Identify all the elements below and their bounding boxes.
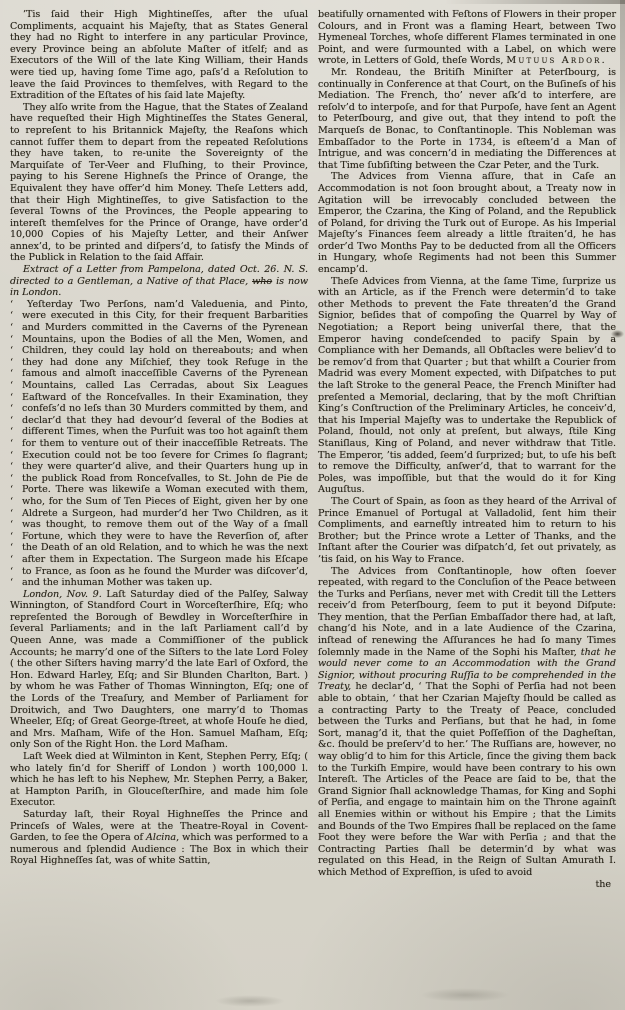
scan-edge-shadow — [445, 0, 625, 4]
paragraph-text: Yeſterday Two Perſons, nam’d Valeduenia,… — [22, 299, 308, 588]
extract-letter-body: ‘ ‘ ‘ ‘ ‘ ‘ ‘ ‘ ‘ ‘ ‘ ‘ ‘ ‘ ‘ ‘ ‘ ‘ ‘ ‘ … — [10, 299, 308, 589]
left-column: ’Tis ſaid their High Mightineſſes, after… — [10, 9, 308, 890]
paragraph-vienna-surprize: Theſe Advices from Vienna, at the ſame T… — [318, 276, 616, 496]
paragraph-court-of-spain: The Court of Spain, as ſoon as they hear… — [318, 496, 616, 566]
paragraph-constantinople-peace: The Advices from Conſtantinople, how oft… — [318, 566, 616, 879]
paragraph-rondeau-petersbourg: Mr. Rondeau, the Britiſh Miniſter at Pet… — [318, 67, 616, 171]
paragraph-text: Mr. Rondeau, the Britiſh Miniſter at Pet… — [318, 67, 616, 171]
paragraph-text: he declar’d, ‘ That the Sophi of Perſia … — [318, 681, 616, 878]
newspaper-page: ’Tis ſaid their High Mightineſſes, after… — [0, 0, 625, 1010]
paper-smudge — [420, 988, 510, 1002]
catchword-text: the — [595, 879, 611, 890]
catchword: the — [318, 879, 616, 891]
opera-title: Alcina — [146, 832, 176, 843]
paragraph-text: The Court of Spain, as ſoon as they hear… — [318, 496, 616, 565]
paragraph-london-nov-9: London, Nov. 9. Laſt Saturday died of th… — [10, 589, 308, 751]
paragraph-vienna-advices: The Advices from Vienna aſſure, that in … — [318, 171, 616, 275]
paragraph-royal-highnesses-opera: Saturday laſt, their Royal Highneſſes th… — [10, 809, 308, 867]
paragraph-festoons-motto: beatifully ornamented with Feſtons of Fl… — [318, 9, 616, 67]
quote-rail: ‘ ‘ ‘ ‘ ‘ ‘ ‘ ‘ ‘ ‘ ‘ ‘ ‘ ‘ ‘ ‘ ‘ ‘ ‘ ‘ … — [10, 299, 13, 589]
paragraph-text: They alſo write from the Hague, that the… — [10, 102, 308, 264]
text-columns: ’Tis ſaid their High Mightineſſes, after… — [10, 9, 618, 890]
paragraph-text: Theſe Advices from Vienna, at the ſame T… — [318, 276, 616, 496]
paragraph-text: The Advices from Vienna aſſure, that in … — [318, 171, 616, 275]
paragraph-text: The Advices from Conſtantinople, how oft… — [318, 566, 616, 658]
extract-letter-heading: Extract of a Letter from Pampelona, date… — [10, 264, 308, 299]
scan-edge-shadow-right — [620, 0, 625, 260]
motto-mutuus-ardor: Mutuus Ardor. — [506, 55, 607, 66]
paragraph-text: ’Tis ſaid their High Mightineſſes, after… — [10, 9, 308, 101]
paragraph-text: Laſt Week died at Wilminton in Kent, Ste… — [10, 751, 308, 808]
paragraph-text: Laſt Saturday died of the Palſey, Salway… — [10, 589, 308, 751]
paragraph-hague-zealand: They alſo write from the Hague, that the… — [10, 102, 308, 264]
paper-smudge — [215, 995, 285, 1007]
paragraph-stephen-perry: Laſt Week died at Wilminton in Kent, Ste… — [10, 751, 308, 809]
ink-blot — [611, 330, 624, 338]
right-column: beatifully ornamented with Feſtons of Fl… — [318, 9, 616, 890]
struck-word: who — [252, 276, 272, 287]
paragraph-high-mightinesses: ’Tis ſaid their High Mightineſſes, after… — [10, 9, 308, 102]
dateline: London, Nov. 9. — [23, 589, 102, 600]
